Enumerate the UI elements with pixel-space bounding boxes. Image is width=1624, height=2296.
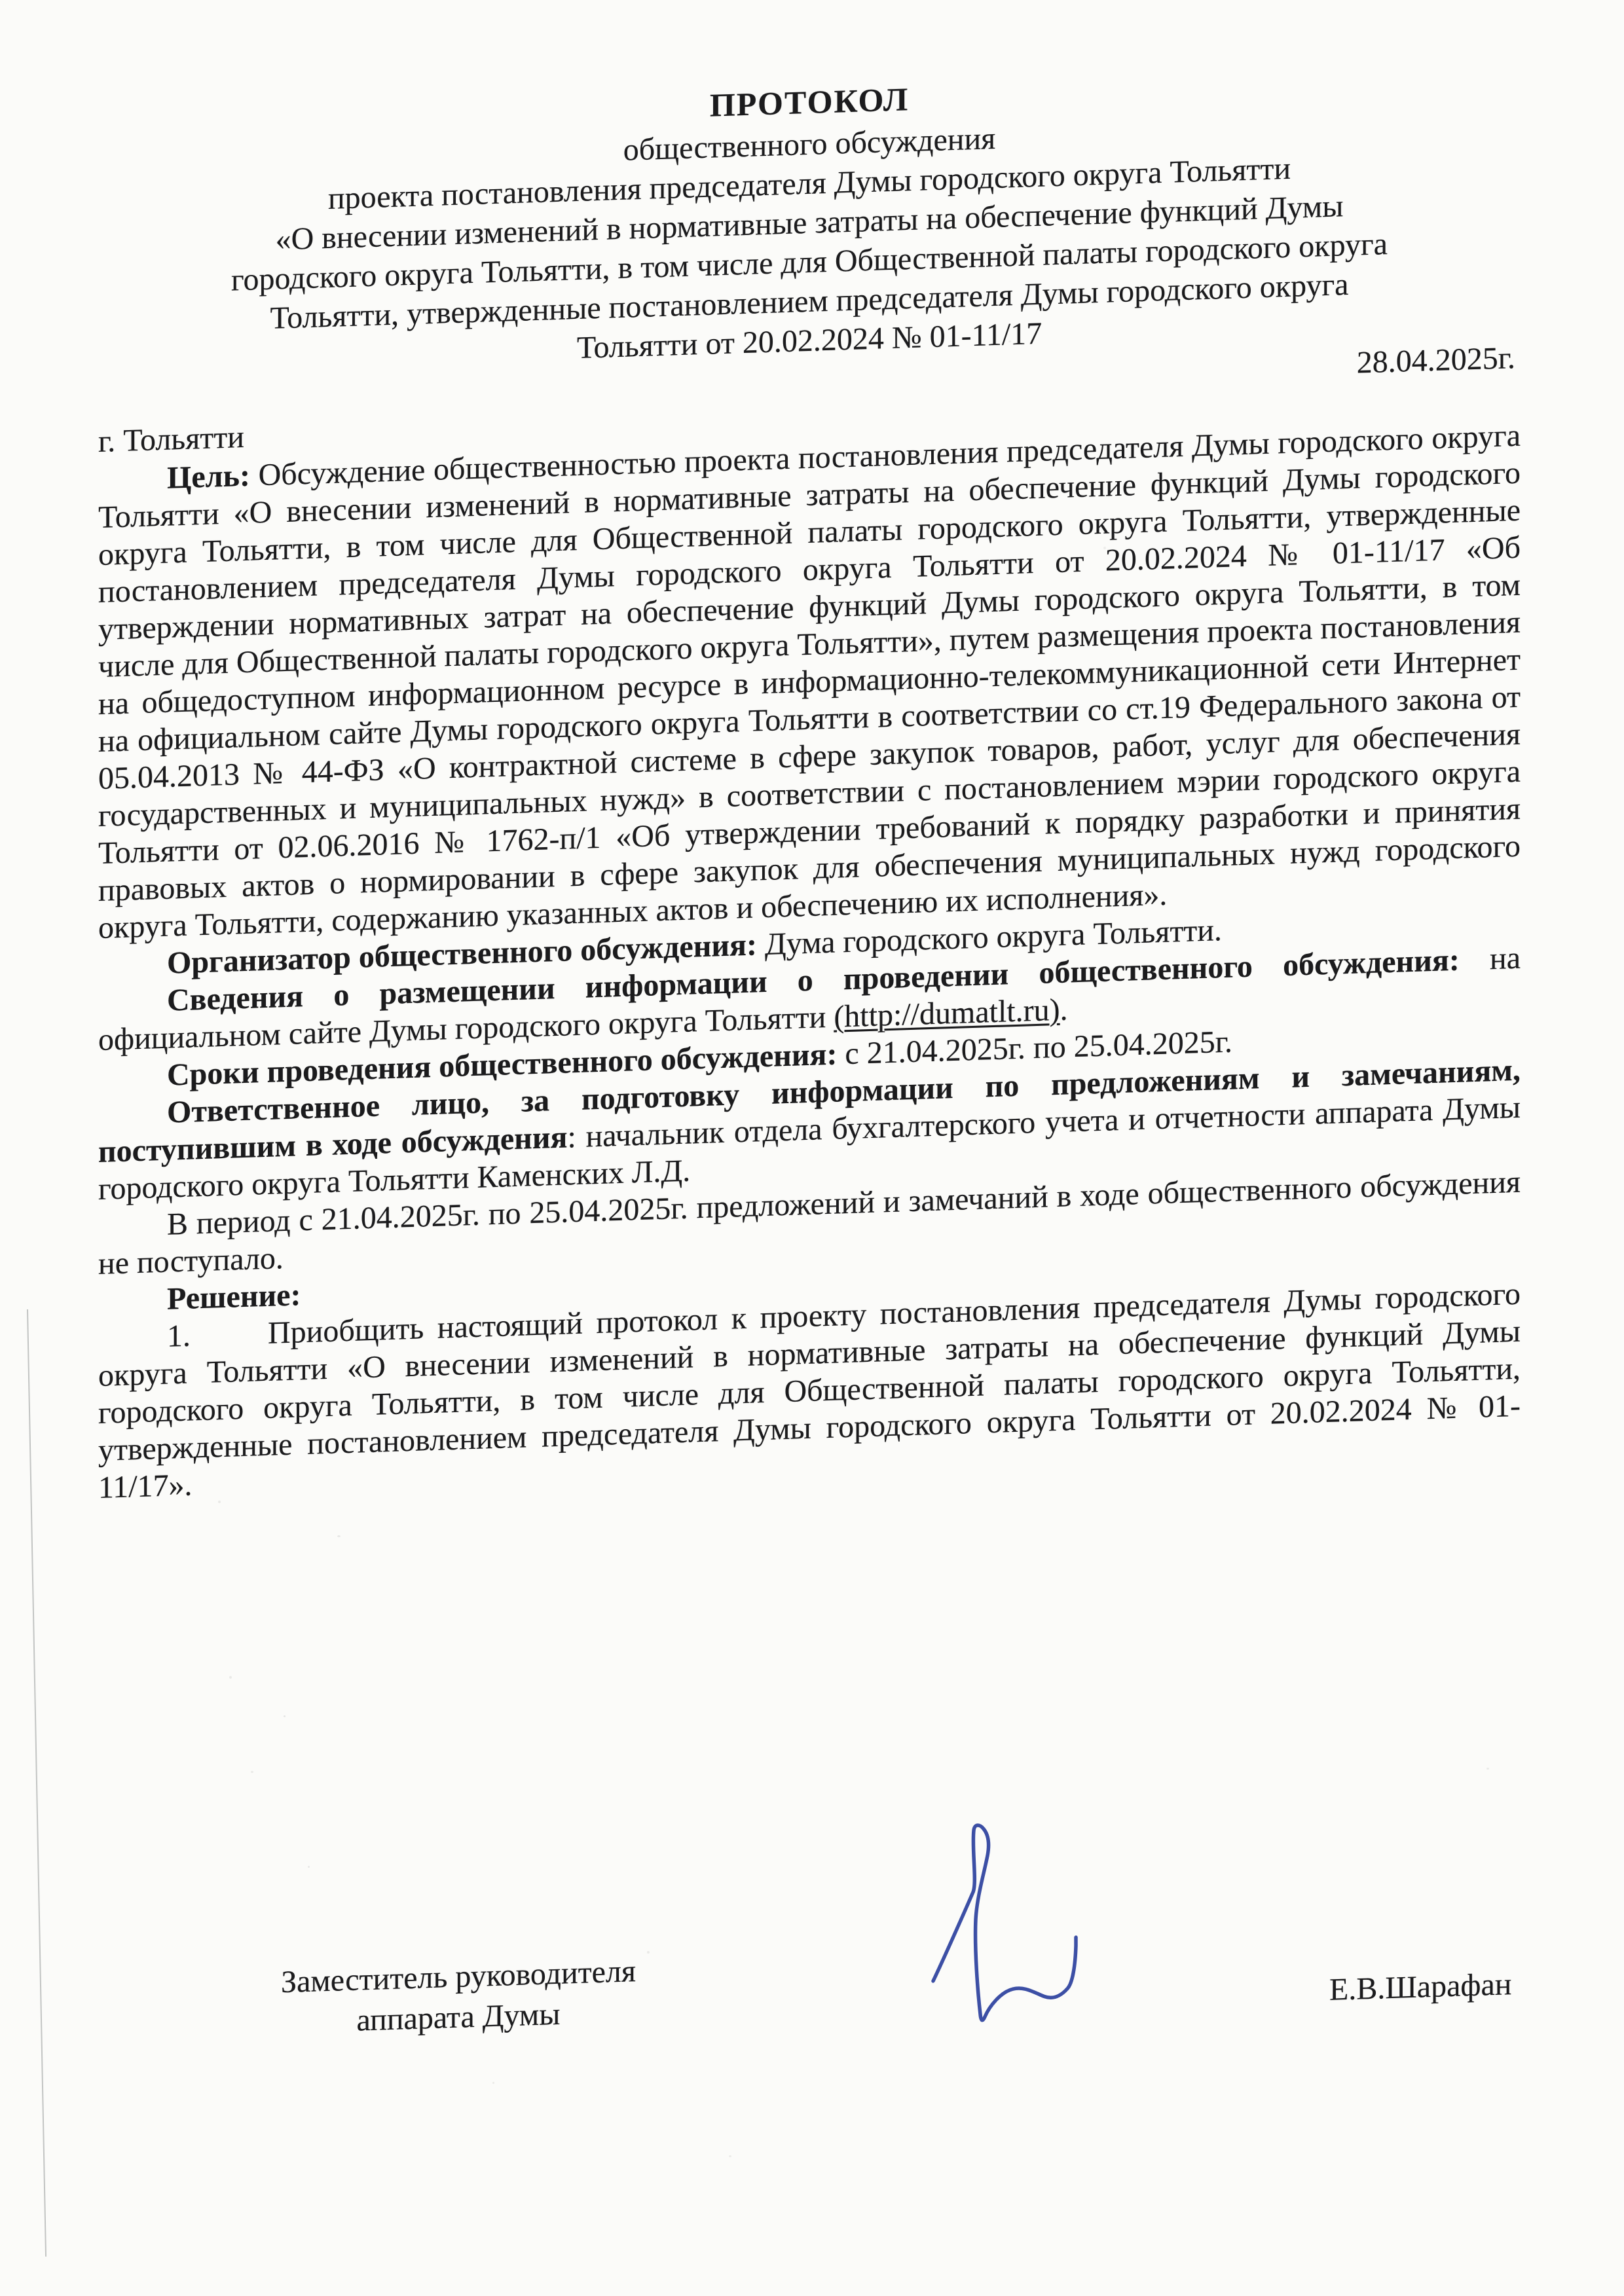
signatory-name: Е.В.Шарафан [1329,1965,1511,2010]
decision-item-number: 1. [167,1319,191,1354]
scan-speck [1008,340,1011,342]
scan-speck [1349,779,1352,781]
scan-speck [308,1866,310,1868]
scan-edge-artifact [27,1309,46,2257]
tab-gap [191,1343,268,1346]
scan-speck [647,1951,650,1954]
signatory-position: Заместитель руководителя аппарата Думы [229,1950,688,2045]
scanned-document-page: ПРОТОКОЛ общественного обсуждения проект… [0,0,1624,2296]
scan-speck [1486,1768,1489,1770]
paragraph-goal: Цель: Обсуждение общественностью проекта… [98,417,1521,947]
scan-speck [337,1535,341,1537]
scan-speck [492,2082,494,2084]
info-period: . [1060,992,1068,1027]
scan-speck [251,1771,253,1773]
signature-stroke [933,1822,1076,2022]
handwritten-signature [904,1793,1166,2096]
goal-text: Обсуждение общественностью проекта поста… [98,418,1521,945]
scan-speck [729,2155,731,2157]
scan-speck [1103,547,1106,549]
scan-speck [284,1715,286,1717]
scan-speck [218,1501,221,1503]
scan-speck [229,1676,232,1679]
goal-label: Цель: [167,458,250,496]
site-url: (http://dumatlt.ru) [834,993,1060,1034]
document-content: ПРОТОКОЛ общественного обсуждения проект… [98,57,1521,1506]
scan-speck [406,1211,409,1213]
